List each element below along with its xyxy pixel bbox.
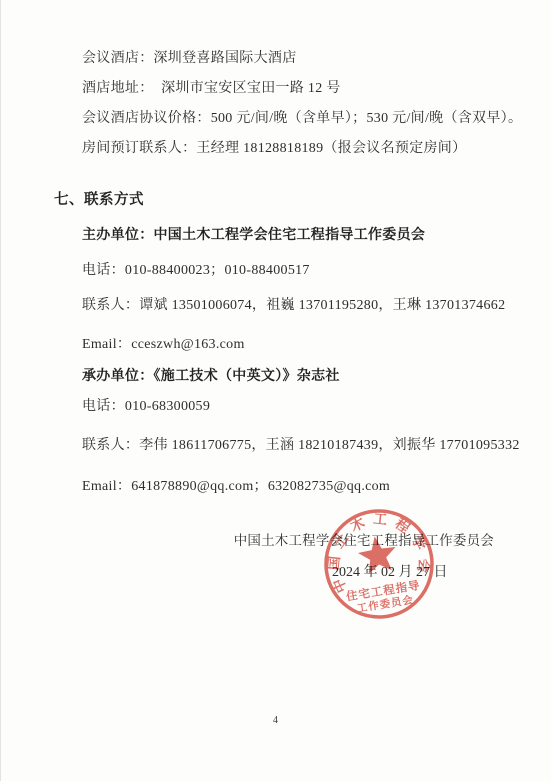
section-heading-contact: 七、联系方式 bbox=[54, 190, 144, 210]
organizer-contacts-line: 联系人：谭斌 13501006074，祖巍 13701195280，王琳 137… bbox=[82, 296, 505, 316]
signature-organization: 中国土木工程学会住宅工程指导工作委员会 bbox=[234, 531, 494, 551]
hotel-name-line: 会议酒店：深圳登喜路国际大酒店 bbox=[82, 49, 297, 69]
undertaker-title-line: 承办单位：《施工技术（中英文）》杂志社 bbox=[82, 367, 340, 387]
signature-date: 2024 年 02 月 27 日 bbox=[332, 563, 448, 583]
organizer-title-line: 主办单位：中国土木工程学会住宅工程指导工作委员会 bbox=[82, 226, 425, 246]
stamp-inner-text-2: 工作委员会 bbox=[356, 593, 415, 615]
page-number: 4 bbox=[0, 715, 551, 726]
organizer-phone-line: 电话：010-88400023；010-88400517 bbox=[82, 261, 310, 281]
undertaker-phone-line: 电话：010-68300059 bbox=[82, 397, 210, 417]
room-booking-contact-line: 房间预订联系人：王经理 18128818189（报会议名预定房间） bbox=[82, 139, 466, 159]
organizer-email-line: Email：cceszwh@163.com bbox=[82, 335, 245, 355]
scanned-document-page: 会议酒店：深圳登喜路国际大酒店 酒店地址： 深圳市宝安区宝田一路 12 号 会议… bbox=[0, 0, 551, 781]
hotel-price-line: 会议酒店协议价格：500 元/间/晚（含单早）；530 元/间/晚（含双早）。 bbox=[82, 109, 522, 129]
undertaker-contacts-line: 联系人：李伟 18611706775，王涵 18210187439，刘振华 17… bbox=[82, 436, 520, 456]
hotel-address-line: 酒店地址： 深圳市宝安区宝田一路 12 号 bbox=[82, 79, 341, 99]
scan-edge-artifact bbox=[0, 0, 1, 781]
undertaker-email-line: Email：641878890@qq.com；632082735@qq.com bbox=[82, 477, 390, 497]
